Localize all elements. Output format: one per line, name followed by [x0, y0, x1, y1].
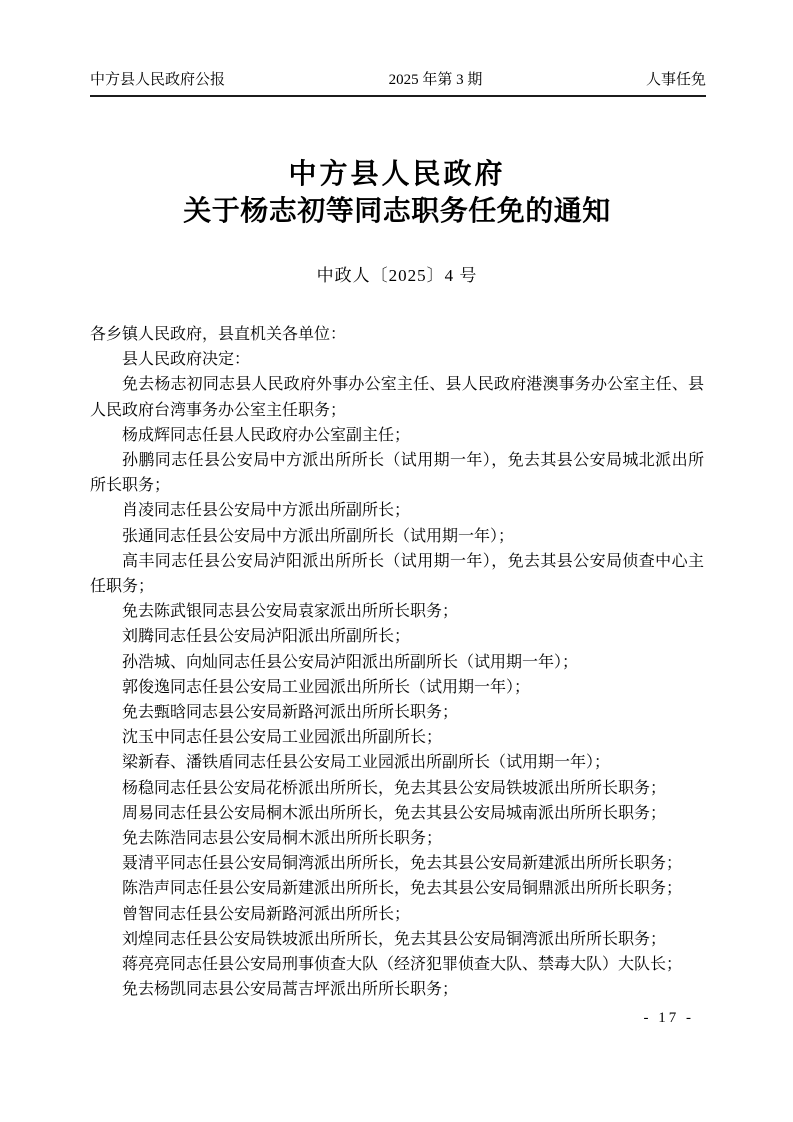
- body-paragraph: 刘腾同志任县公安局泸阳派出所副所长；: [90, 624, 704, 649]
- body-paragraph: 肖凌同志任县公安局中方派出所副所长；: [90, 498, 704, 523]
- body-paragraph: 县人民政府决定：: [90, 347, 704, 372]
- title-line-1: 中方县人民政府: [90, 156, 704, 193]
- header-publication-name: 中方县人民政府公报: [90, 70, 225, 90]
- gazette-page: { "header": { "publication": "中方县人民政府公报"…: [0, 0, 793, 1122]
- header-section-name: 人事任免: [646, 70, 706, 90]
- body-paragraph: 刘煌同志任县公安局铁坡派出所所长，免去其县公安局铜湾派出所所长职务；: [90, 927, 704, 952]
- body-paragraph: 孙浩城、向灿同志任县公安局泸阳派出所副所长（试用期一年）；: [90, 650, 704, 675]
- page-number: - 17 -: [644, 1010, 695, 1027]
- document-content: 中方县人民政府 关于杨志初等同志职务任免的通知 中政人〔2025〕4 号 各乡镇…: [90, 156, 704, 1002]
- body-paragraph: 张通同志任县公安局中方派出所副所长（试用期一年）；: [90, 524, 704, 549]
- body-paragraph: 聂清平同志任县公安局铜湾派出所所长，免去其县公安局新建派出所所长职务；: [90, 851, 704, 876]
- body-paragraph: 各乡镇人民政府，县直机关各单位：: [90, 322, 704, 347]
- body-paragraph: 郭俊逸同志任县公安局工业园派出所所长（试用期一年）；: [90, 675, 704, 700]
- body-paragraph: 杨稳同志任县公安局花桥派出所所长，免去其县公安局铁坡派出所所长职务；: [90, 776, 704, 801]
- title-line-2: 关于杨志初等同志职务任免的通知: [90, 193, 704, 230]
- body-paragraph: 周易同志任县公安局桐木派出所所长，免去其县公安局城南派出所所长职务；: [90, 801, 704, 826]
- body-paragraph: 陈浩声同志任县公安局新建派出所所长，免去其县公安局铜鼎派出所所长职务；: [90, 876, 704, 901]
- body-paragraph: 免去陈武银同志县公安局袁家派出所所长职务；: [90, 599, 704, 624]
- document-page: 中方县人民政府公报 2025 年第 3 期 人事任免 中方县人民政府 关于杨志初…: [0, 0, 793, 1122]
- body-paragraph: 免去甄晗同志县公安局新路河派出所所长职务；: [90, 700, 704, 725]
- body-paragraph: 孙鹏同志任县公安局中方派出所所长（试用期一年），免去其县公安局城北派出所所长职务…: [90, 448, 704, 498]
- running-header: 中方县人民政府公报 2025 年第 3 期 人事任免: [90, 70, 706, 97]
- body-paragraph: 沈玉中同志任县公安局工业园派出所副所长；: [90, 725, 704, 750]
- body-paragraph: 免去杨凯同志县公安局蒿吉坪派出所所长职务；: [90, 977, 704, 1002]
- document-number: 中政人〔2025〕4 号: [90, 261, 704, 286]
- header-issue-number: 2025 年第 3 期: [389, 70, 483, 90]
- body-paragraph: 高丰同志任县公安局泸阳派出所所长（试用期一年），免去其县公安局侦查中心主任职务；: [90, 549, 704, 599]
- body-paragraph: 曾智同志任县公安局新路河派出所所长；: [90, 902, 704, 927]
- body-paragraph: 免去陈浩同志县公安局桐木派出所所长职务；: [90, 826, 704, 851]
- body-paragraph: 梁新春、潘铁盾同志任县公安局工业园派出所副所长（试用期一年）；: [90, 750, 704, 775]
- body-paragraph: 杨成辉同志任县人民政府办公室副主任；: [90, 423, 704, 448]
- body-paragraph: 蒋亮亮同志任县公安局刑事侦查大队（经济犯罪侦查大队、禁毒大队）大队长；: [90, 952, 704, 977]
- document-title: 中方县人民政府 关于杨志初等同志职务任免的通知: [90, 156, 704, 230]
- document-body: 各乡镇人民政府，县直机关各单位： 县人民政府决定： 免去杨志初同志县人民政府外事…: [90, 322, 704, 1002]
- body-paragraph: 免去杨志初同志县人民政府外事办公室主任、县人民政府港澳事务办公室主任、县人民政府…: [90, 372, 704, 422]
